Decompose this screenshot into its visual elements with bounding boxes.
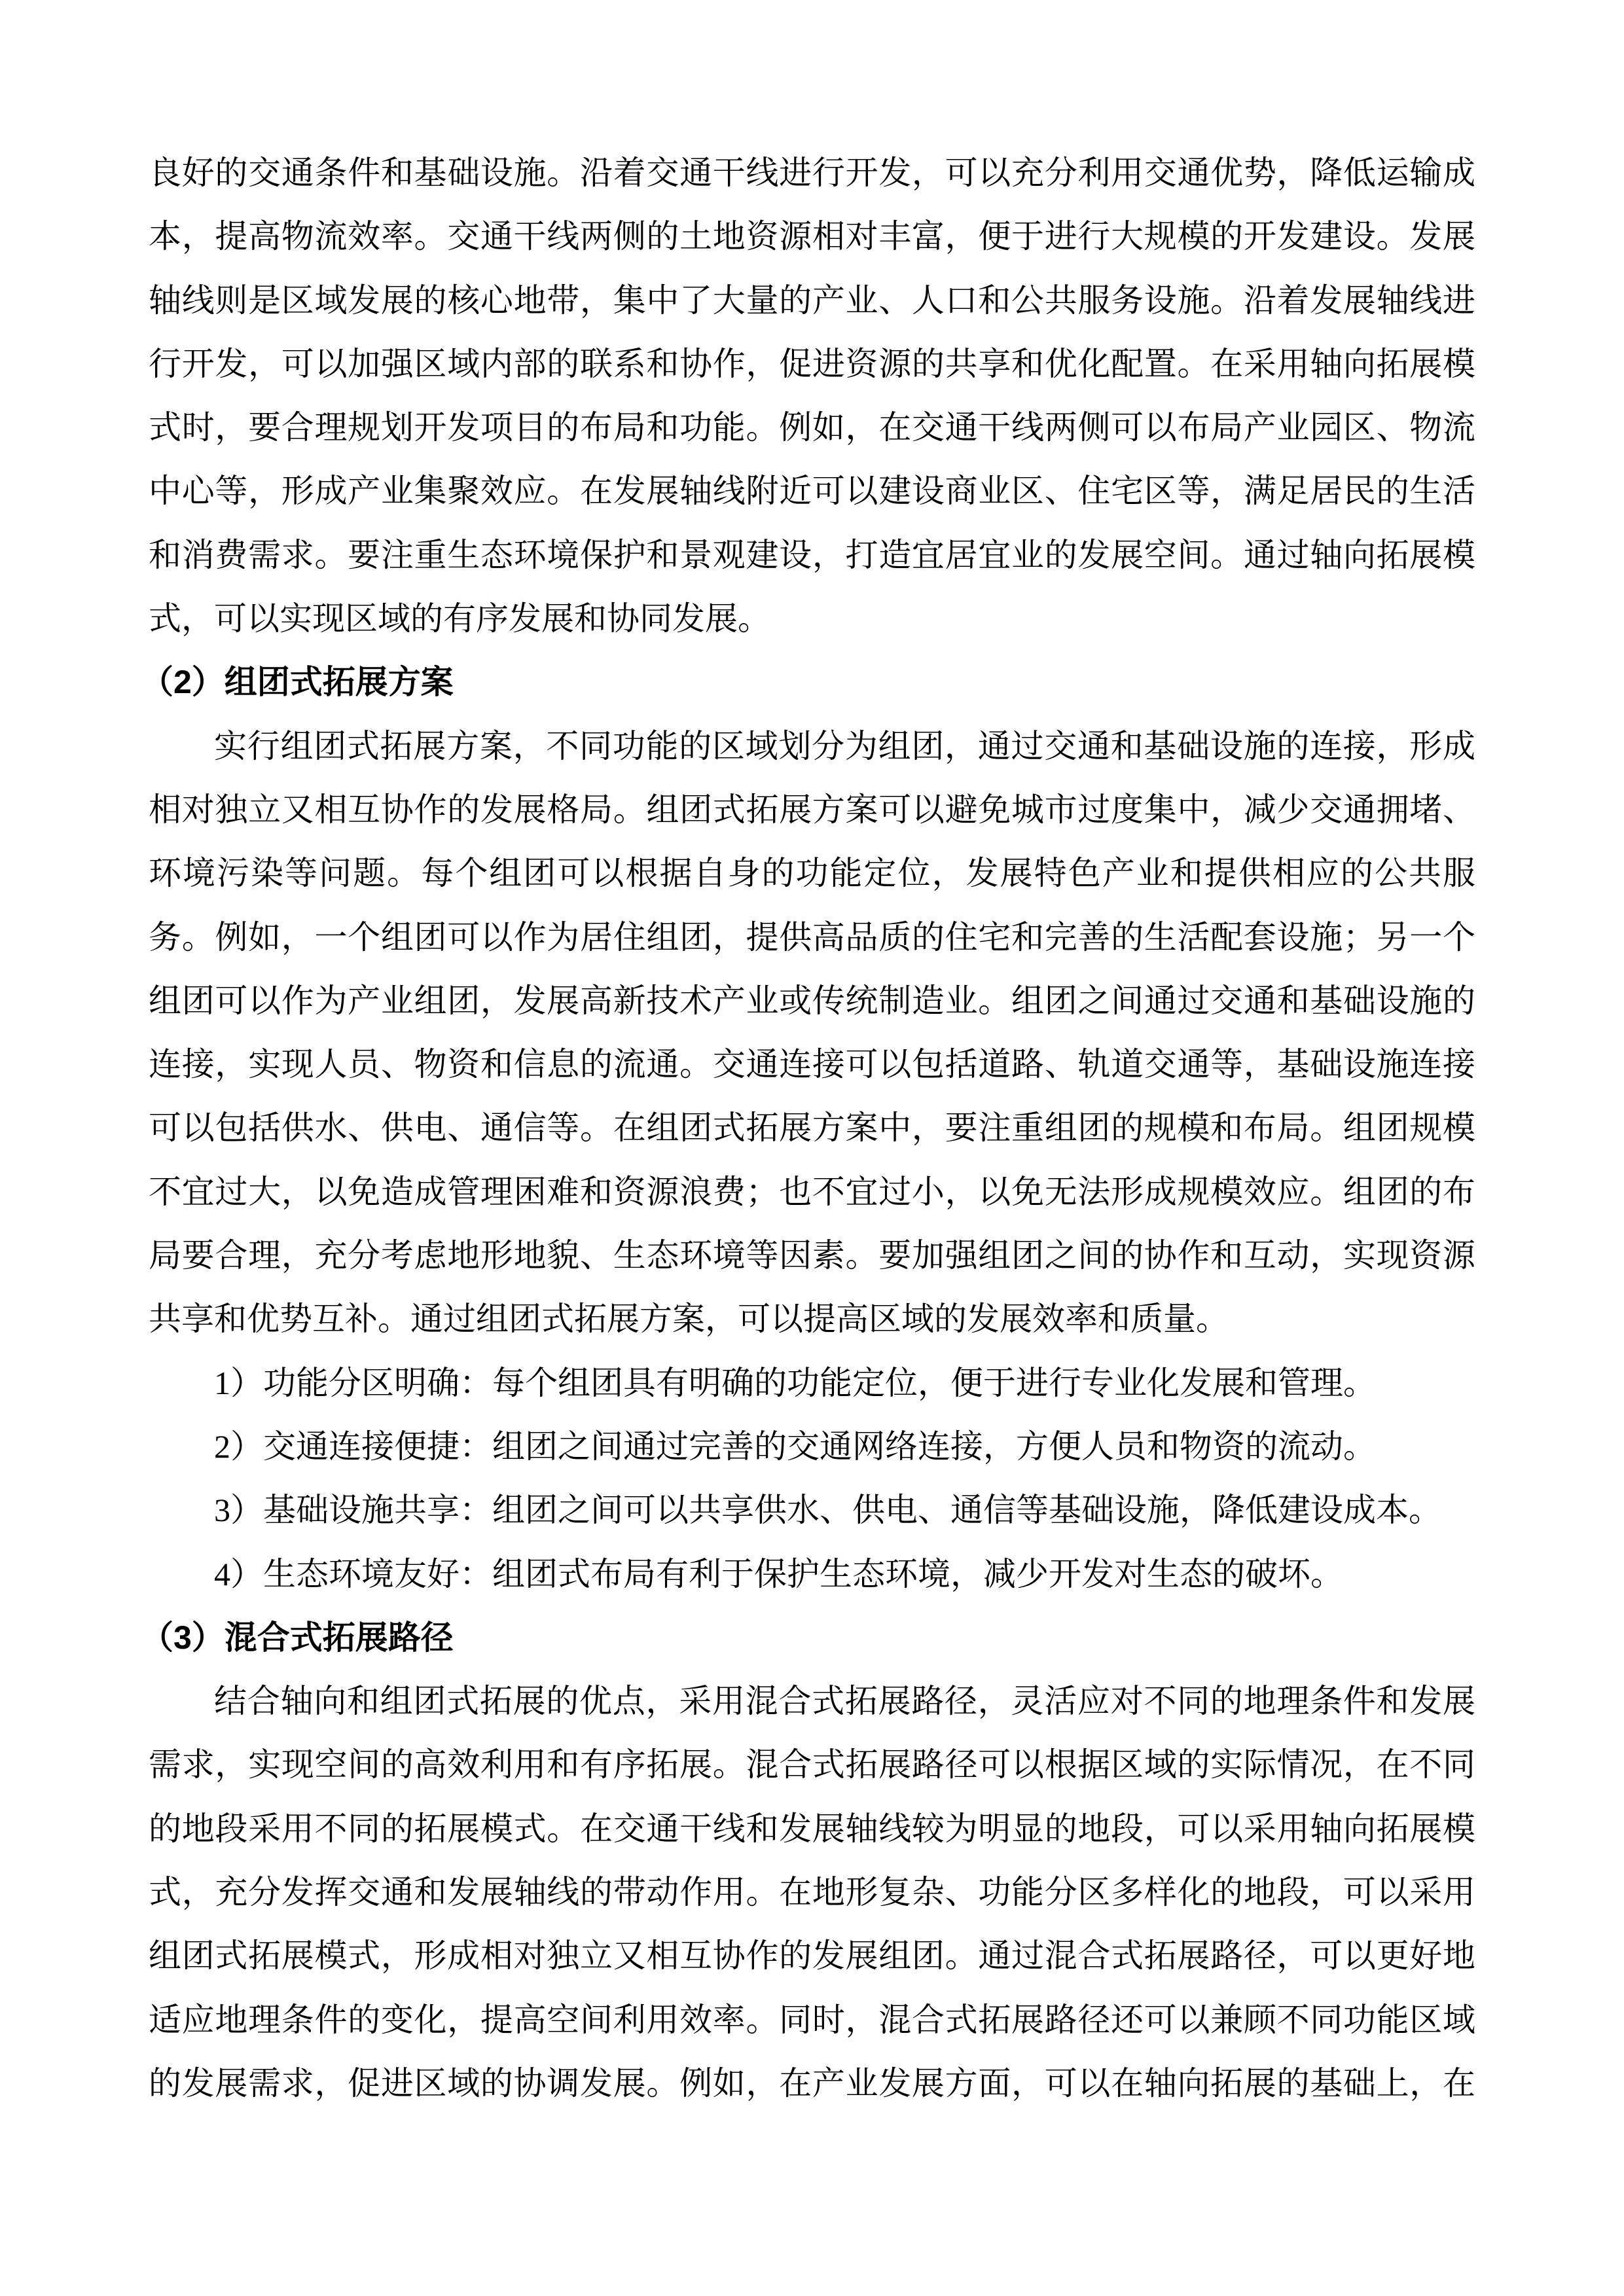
document-content: 良好的交通条件和基础设施。沿着交通干线进行开发，可以充分利用交通优势，降低运输成…	[149, 141, 1475, 2115]
para-mixed-expansion-line: 式，充分发挥交通和发展轴线的带动作用。在地形复杂、功能分区多样化的地段，可以采用	[149, 1861, 1475, 1924]
list-item-3: 3）基础设施共享：组团之间可以共享供水、供电、通信等基础设施，降低建设成本。	[149, 1479, 1475, 1542]
para-axial-expansion-continued-line: 轴线则是区域发展的核心地带，集中了大量的产业、人口和公共服务设施。沿着发展轴线进	[149, 269, 1475, 332]
para-axial-expansion-continued-line: 良好的交通条件和基础设施。沿着交通干线进行开发，可以充分利用交通优势，降低运输成	[149, 141, 1475, 205]
heading-mixed-expansion: （3）混合式拓展路径	[141, 1606, 1475, 1670]
para-cluster-expansion-line: 组团可以作为产业组团，发展高新技术产业或传统制造业。组团之间通过交通和基础设施的	[149, 969, 1475, 1033]
para-mixed-expansion-line: 结合轴向和组团式拓展的优点，采用混合式拓展路径，灵活应对不同的地理条件和发展	[149, 1670, 1475, 1733]
para-axial-expansion-continued-line: 式时，要合理规划开发项目的布局和功能。例如，在交通干线两侧可以布局产业园区、物流	[149, 396, 1475, 459]
para-axial-expansion-continued-line: 行开发，可以加强区域内部的联系和协作，促进资源的共享和优化配置。在采用轴向拓展模	[149, 332, 1475, 396]
list-item-1: 1）功能分区明确：每个组团具有明确的功能定位，便于进行专业化发展和管理。	[149, 1352, 1475, 1415]
para-cluster-expansion-line: 不宜过大，以免造成管理困难和资源浪费；也不宜过小，以免无法形成规模效应。组团的布	[149, 1160, 1475, 1224]
para-mixed-expansion-line: 适应地理条件的变化，提高空间利用效率。同时，混合式拓展路径还可以兼顾不同功能区域	[149, 1988, 1475, 2052]
list-item-4: 4）生态环境友好：组团式布局有利于保护生态环境，减少开发对生态的破坏。	[149, 1543, 1475, 1606]
list-item-2: 2）交通连接便捷：组团之间通过完善的交通网络连接，方便人员和物资的流动。	[149, 1415, 1475, 1479]
para-cluster-expansion-line: 相对独立又相互协作的发展格局。组团式拓展方案可以避免城市过度集中，减少交通拥堵、	[149, 778, 1475, 842]
para-cluster-expansion-line: 可以包括供水、供电、通信等。在组团式拓展方案中，要注重组团的规模和布局。组团规模	[149, 1096, 1475, 1160]
para-cluster-expansion-line: 环境污染等问题。每个组团可以根据自身的功能定位，发展特色产业和提供相应的公共服	[149, 842, 1475, 905]
para-mixed-expansion-line: 组团式拓展模式，形成相对独立又相互协作的发展组团。通过混合式拓展路径，可以更好地	[149, 1924, 1475, 1988]
para-axial-expansion-continued-line: 式，可以实现区域的有序发展和协同发展。	[149, 587, 1475, 651]
para-axial-expansion-continued-line: 和消费需求。要注重生态环境保护和景观建设，打造宜居宜业的发展空间。通过轴向拓展模	[149, 524, 1475, 587]
para-cluster-expansion-line: 共享和优势互补。通过组团式拓展方案，可以提高区域的发展效率和质量。	[149, 1287, 1475, 1351]
para-mixed-expansion-line: 的发展需求，促进区域的协调发展。例如，在产业发展方面，可以在轴向拓展的基础上，在	[149, 2052, 1475, 2115]
para-cluster-expansion-line: 务。例如，一个组团可以作为居住组团，提供高品质的住宅和完善的生活配套设施；另一个	[149, 906, 1475, 969]
para-cluster-expansion-line: 连接，实现人员、物资和信息的流通。交通连接可以包括道路、轨道交通等，基础设施连接	[149, 1033, 1475, 1096]
para-mixed-expansion-line: 需求，实现空间的高效利用和有序拓展。混合式拓展路径可以根据区域的实际情况，在不同	[149, 1733, 1475, 1797]
para-axial-expansion-continued-line: 中心等，形成产业集聚效应。在发展轴线附近可以建设商业区、住宅区等，满足居民的生活	[149, 459, 1475, 523]
para-axial-expansion-continued-line: 本，提高物流效率。交通干线两侧的土地资源相对丰富，便于进行大规模的开发建设。发展	[149, 205, 1475, 268]
document-page: 良好的交通条件和基础设施。沿着交通干线进行开发，可以充分利用交通优势，降低运输成…	[0, 0, 1624, 2296]
heading-cluster-expansion: （2）组团式拓展方案	[141, 651, 1475, 714]
para-cluster-expansion-line: 局要合理，充分考虑地形地貌、生态环境等因素。要加强组团之间的协作和互动，实现资源	[149, 1224, 1475, 1287]
para-cluster-expansion-line: 实行组团式拓展方案，不同功能的区域划分为组团，通过交通和基础设施的连接，形成	[149, 715, 1475, 778]
para-mixed-expansion-line: 的地段采用不同的拓展模式。在交通干线和发展轴线较为明显的地段，可以采用轴向拓展模	[149, 1797, 1475, 1861]
